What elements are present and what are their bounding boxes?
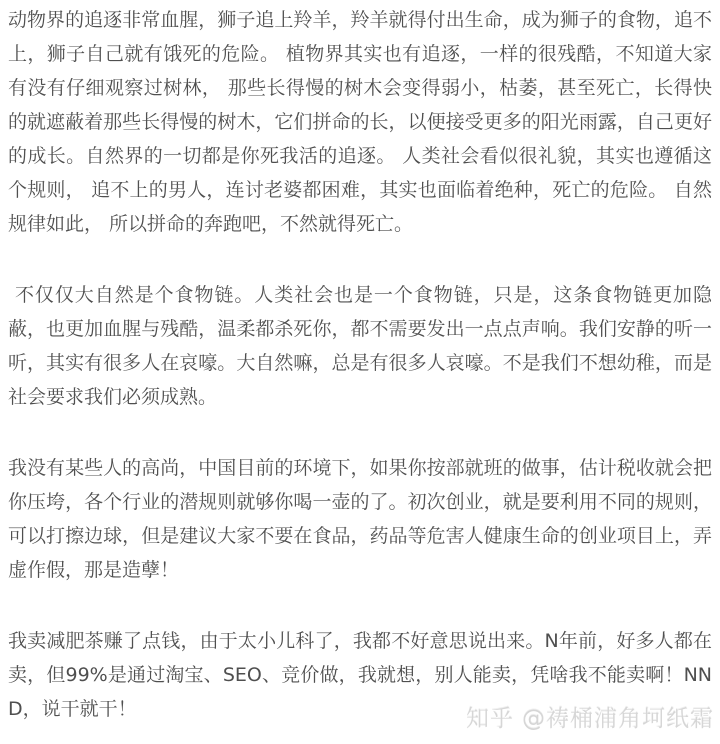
answer-paragraph-1: 动物界的追逐非常血腥，狮子追上羚羊，羚羊就得付出生命，成为狮子的食物，追不上，狮… — [8, 3, 712, 241]
answer-paragraph-3: 我没有某些人的高尚，中国目前的环境下，如果你按部就班的做事，估计税收就会把你压垮… — [8, 451, 712, 587]
answer-content: 动物界的追逐非常血腥，狮子追上羚羊，羚羊就得付出生命，成为狮子的食物，追不上，狮… — [0, 0, 720, 726]
answer-paragraph-2: 不仅仅大自然是个食物链。人类社会也是一个食物链，只是，这条食物链更加隐蔽，也更加… — [8, 278, 712, 414]
watermark-username: @祷桶浦角坷纸霜 — [522, 706, 714, 732]
zhihu-brand-text: 知乎 — [466, 706, 514, 732]
zhihu-watermark: 知乎@祷桶浦角坷纸霜 — [466, 704, 714, 734]
